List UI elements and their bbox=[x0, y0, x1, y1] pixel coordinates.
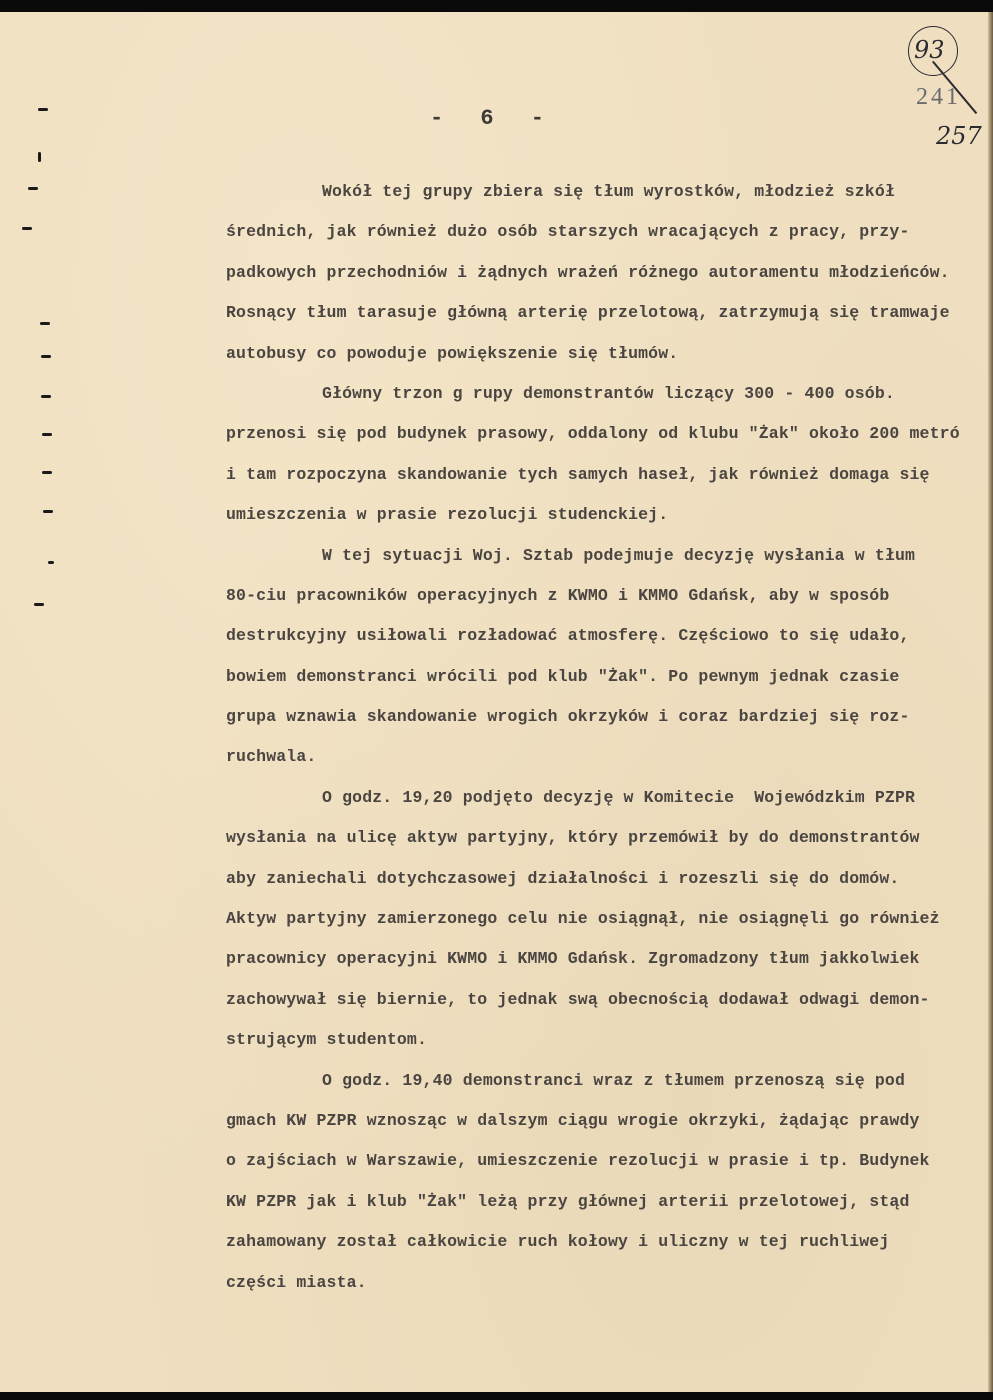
page-edge-shadow bbox=[988, 12, 993, 1392]
text-line: umieszczenia w prasie rezolucji studenck… bbox=[226, 495, 986, 535]
text-line: O godz. 19,20 podjęto decyzję w Komiteci… bbox=[226, 778, 986, 818]
text-line: 80-ciu pracowników operacyjnych z KWMO i… bbox=[226, 576, 986, 616]
binding-hole-icon bbox=[48, 561, 54, 564]
binding-hole-icon bbox=[38, 108, 48, 111]
text-line: aby zaniechali dotychczasowej działalnoś… bbox=[226, 859, 986, 899]
text-line: i tam rozpoczyna skandowanie tych samych… bbox=[226, 455, 986, 495]
binding-hole-icon bbox=[43, 510, 53, 513]
typewritten-body: Wokół tej grupy zbiera się tłum wyrostkó… bbox=[226, 172, 986, 1303]
text-line: Główny trzon g rupy demonstrantów licząc… bbox=[226, 374, 986, 414]
text-line: O godz. 19,40 demonstranci wraz z tłumem… bbox=[226, 1061, 986, 1101]
binding-hole-icon bbox=[41, 395, 51, 398]
text-line: gmach KW PZPR wznosząc w dalszym ciągu w… bbox=[226, 1101, 986, 1141]
text-line: W tej sytuacji Woj. Sztab podejmuje decy… bbox=[226, 536, 986, 576]
document-page: - 6 - 93 241 257 Wokół tej grupy zbiera … bbox=[0, 12, 990, 1392]
binding-hole-icon bbox=[22, 227, 32, 230]
binding-hole-icon bbox=[41, 355, 51, 358]
text-line: Rosnący tłum tarasuje główną arterię prz… bbox=[226, 293, 986, 333]
text-line: strującym studentom. bbox=[226, 1020, 986, 1060]
handwritten-folio-number: 257 bbox=[936, 122, 982, 150]
text-line: padkowych przechodniów i żądnych wrażeń … bbox=[226, 253, 986, 293]
text-line: KW PZPR jak i klub "Żak" leżą przy główn… bbox=[226, 1182, 986, 1222]
text-line: grupa wznawia skandowanie wrogich okrzyk… bbox=[226, 697, 986, 737]
text-line: pracownicy operacyjni KWMO i KMMO Gdańsk… bbox=[226, 939, 986, 979]
text-line: wysłania na ulicę aktyw partyjny, który … bbox=[226, 818, 986, 858]
text-line: destrukcyjny usiłowali rozładować atmosf… bbox=[226, 616, 986, 656]
binding-hole-icon bbox=[28, 187, 38, 190]
archive-marks: 93 241 257 bbox=[900, 22, 980, 152]
circled-folio-number: 93 bbox=[914, 36, 945, 64]
binding-hole-icon bbox=[42, 433, 52, 436]
text-line: zachowywał się biernie, to jednak swą ob… bbox=[226, 980, 986, 1020]
text-line: Aktyw partyjny zamierzonego celu nie osi… bbox=[226, 899, 986, 939]
text-line: średnich, jak również dużo osób starszyc… bbox=[226, 212, 986, 252]
text-line: autobusy co powoduje powiększenie się tł… bbox=[226, 334, 986, 374]
binding-hole-icon bbox=[40, 322, 50, 325]
binding-hole-icon bbox=[34, 603, 44, 606]
page-number: - 6 - bbox=[430, 106, 556, 131]
text-line: zahamowany został całkowicie ruch kołowy… bbox=[226, 1222, 986, 1262]
binding-hole-icon bbox=[42, 471, 52, 474]
text-line: ruchwala. bbox=[226, 737, 986, 777]
text-line: bowiem demonstranci wrócili pod klub "Ża… bbox=[226, 657, 986, 697]
text-line: Wokół tej grupy zbiera się tłum wyrostkó… bbox=[226, 172, 986, 212]
text-line: o zajściach w Warszawie, umieszczenie re… bbox=[226, 1141, 986, 1181]
binding-hole-icon bbox=[38, 152, 41, 162]
text-line: części miasta. bbox=[226, 1263, 986, 1303]
text-line: przenosi się pod budynek prasowy, oddalo… bbox=[226, 414, 986, 454]
